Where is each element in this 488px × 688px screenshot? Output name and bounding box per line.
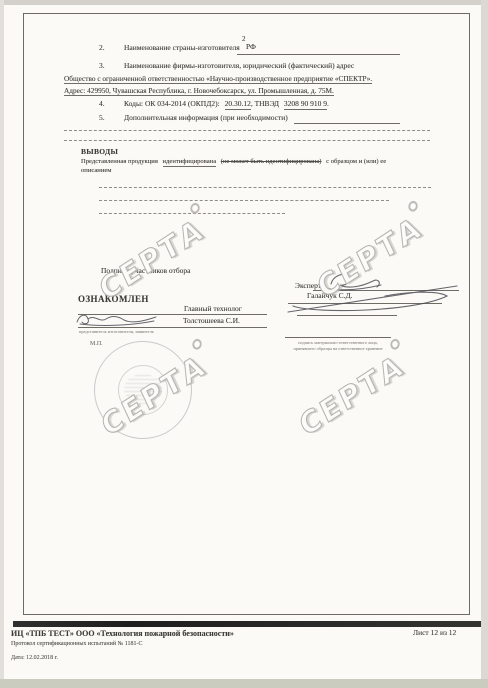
scan-edge-right: [481, 0, 488, 688]
item2-value: РФ: [246, 43, 256, 52]
dotted-line: [99, 187, 431, 188]
item4-prefix: Коды: ОК 034-2014 (ОКПД2):: [124, 99, 220, 108]
item2-number: 2.: [99, 44, 105, 53]
scan-edge-bottom: [0, 679, 488, 688]
item3-number: 3.: [99, 62, 105, 71]
right-caption-2: принявшего образцы на ответственное хран…: [276, 346, 400, 352]
scan-edge-top: [0, 0, 488, 5]
item2-label: Наименование страны-изготовителя: [124, 44, 240, 53]
item3-label: Наименование фирмы-изготовителя, юридиче…: [124, 62, 354, 71]
address-line: Адрес: 429950, Чувашская Республика, г. …: [64, 87, 334, 95]
footer-protocol: Протокол сертификационных испытаний № 11…: [11, 641, 143, 648]
conclusions-line2: описанием: [81, 167, 111, 175]
conclusions-tail: с образцом и (или) ее: [326, 158, 386, 165]
conclusions-lead: Представленная продукция: [81, 158, 158, 165]
seal-mark: М.П.: [90, 341, 103, 348]
scan-edge-left: [0, 0, 4, 688]
left-caption: представитель изготовителя, заявитель: [79, 329, 154, 334]
manufacturer-line: Общество с ограниченной ответственностью…: [64, 75, 372, 83]
right-caption-line: [285, 337, 391, 338]
conclusions-identified: идентифицирована: [163, 158, 217, 167]
item4-mid: , ТНВЭД: [251, 99, 279, 108]
manufacturer-text: Общество с ограниченной ответственностью…: [64, 74, 372, 84]
item2-fill-line: [237, 54, 400, 55]
item5-number: 5.: [99, 114, 105, 123]
address-text: Адрес: 429950, Чувашская Республика, г. …: [64, 86, 334, 96]
item4-suffix: .: [327, 99, 329, 108]
item5-fill-line: [294, 123, 400, 124]
item4-tnved-code: 3208 90 910 9: [284, 99, 327, 110]
left-signature: [74, 310, 159, 328]
dotted-line: [64, 140, 430, 141]
footer-org: ИЦ «ТПБ ТЕСТ» ООО «Технология пожарной б…: [11, 629, 234, 638]
item4-codes: Коды: ОК 034-2014 (ОКПД2): 20.30.12, ТНВ…: [124, 100, 329, 109]
scanned-document-page: 2 2. Наименование страны-изготовителя РФ…: [0, 0, 488, 688]
dotted-line: [99, 200, 389, 201]
conclusions-line1: Представленная продукция идентифицирован…: [81, 158, 386, 166]
left-name: Толстошеева С.И.: [183, 317, 240, 326]
item4-number: 4.: [99, 100, 105, 109]
item4-okpd2-code: 20.30.12: [225, 99, 251, 110]
footer-sheet-counter: Лист 12 из 12: [413, 629, 456, 638]
left-role: Главный технолог: [184, 305, 242, 314]
page-number: 2: [242, 35, 246, 43]
conclusions-struck-option: (не может быть идентифицирована): [221, 158, 322, 165]
conclusions-title: ВЫВОДЫ: [81, 148, 118, 157]
dotted-line: [64, 130, 430, 131]
right-caption-1: подпись материально-ответственного лица,: [276, 340, 400, 346]
footer-date: Дата: 12.02.2018 г.: [11, 655, 58, 662]
footer-separator-band: [13, 621, 481, 627]
item5-label: Дополнительная информация (при необходим…: [124, 114, 288, 123]
